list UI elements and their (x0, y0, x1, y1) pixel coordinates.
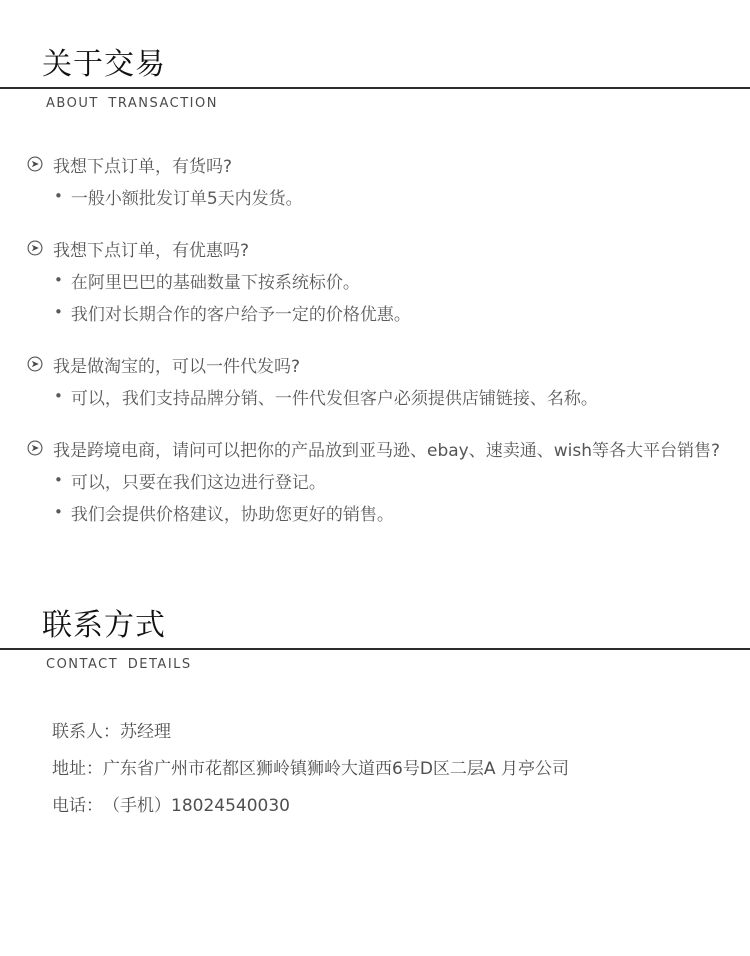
faq-answer: • 一般小额批发订单5天内发货。 (0, 180, 750, 212)
play-circle-icon (27, 356, 43, 372)
contact-value: 广东省广州市花都区狮岭镇狮岭大道西6号D区二层A 月亭公司 (103, 754, 569, 779)
contact-label: 电话： (52, 791, 103, 816)
contact-row-phone: 电话： （手机）18024540030 (0, 785, 750, 822)
faq-question: 我是跨境电商，请问可以把你的产品放到亚马逊、ebay、速卖通、wish等各大平台… (0, 432, 750, 464)
bullet-icon: • (54, 471, 63, 489)
section-title: 关于交易 (42, 47, 750, 83)
contact-value: 苏经理 (120, 717, 171, 742)
play-circle-icon (27, 440, 43, 456)
bullet-icon: • (54, 303, 63, 321)
faq-answer: • 可以，只要在我们这边进行登记。 (0, 464, 750, 496)
page: { "colors": { "background": "#ffffff", "… (0, 0, 750, 956)
contact-value: （手机）18024540030 (103, 791, 290, 816)
transaction-section-header: 关于交易 ABOUT TRANSACTION (0, 0, 750, 112)
contact-section-header: 联系方式 CONTACT DETAILS (0, 608, 750, 673)
bullet-icon: • (54, 187, 63, 205)
faq-item: 我是做淘宝的，可以一件代发吗? • 可以，我们支持品牌分销、一件代发但客户必须提… (0, 348, 750, 412)
contact-details-section: 联系方式 CONTACT DETAILS 联系人： 苏经理 地址： 广东省广州市… (0, 608, 750, 822)
faq-answer: • 可以，我们支持品牌分销、一件代发但客户必须提供店铺链接、名称。 (0, 380, 750, 412)
faq-question: 我想下点订单，有货吗? (0, 148, 750, 180)
faq-answer: • 我们会提供价格建议，协助您更好的销售。 (0, 496, 750, 528)
section-subtitle: ABOUT TRANSACTION (46, 96, 750, 112)
section-title: 联系方式 (42, 608, 750, 644)
bullet-icon: • (54, 271, 63, 289)
section-divider-line (0, 87, 750, 89)
faq-answer-text: 在阿里巴巴的基础数量下按系统标价。 (71, 268, 360, 293)
bullet-icon: • (54, 503, 63, 521)
faq-question: 我是做淘宝的，可以一件代发吗? (0, 348, 750, 380)
play-circle-icon (27, 240, 43, 256)
contact-label: 地址： (52, 754, 103, 779)
faq-question-text: 我是做淘宝的，可以一件代发吗? (53, 352, 300, 377)
faq-answer: • 我们对长期合作的客户给予一定的价格优惠。 (0, 296, 750, 328)
faq-answer-text: 可以，我们支持品牌分销、一件代发但客户必须提供店铺链接、名称。 (71, 384, 598, 409)
faq-answer-text: 可以，只要在我们这边进行登记。 (71, 468, 326, 493)
faq-item: 我想下点订单，有优惠吗? • 在阿里巴巴的基础数量下按系统标价。 • 我们对长期… (0, 232, 750, 328)
faq-question-text: 我想下点订单，有货吗? (53, 152, 232, 177)
about-transaction-section: 关于交易 ABOUT TRANSACTION 我想下点订单，有货吗? • 一般小… (0, 0, 750, 528)
bullet-icon: • (54, 387, 63, 405)
section-subtitle: CONTACT DETAILS (46, 657, 750, 673)
faq-item: 我是跨境电商，请问可以把你的产品放到亚马逊、ebay、速卖通、wish等各大平台… (0, 432, 750, 528)
faq-answer-text: 一般小额批发订单5天内发货。 (71, 184, 303, 209)
faq-item: 我想下点订单，有货吗? • 一般小额批发订单5天内发货。 (0, 148, 750, 212)
contact-row-address: 地址： 广东省广州市花都区狮岭镇狮岭大道西6号D区二层A 月亭公司 (0, 748, 750, 785)
contact-label: 联系人： (52, 717, 120, 742)
faq-list: 我想下点订单，有货吗? • 一般小额批发订单5天内发货。 我想下点订单，有优惠吗… (0, 148, 750, 528)
faq-answer-text: 我们会提供价格建议，协助您更好的销售。 (71, 500, 394, 525)
section-divider-line (0, 648, 750, 650)
faq-question: 我想下点订单，有优惠吗? (0, 232, 750, 264)
contact-row-person: 联系人： 苏经理 (0, 711, 750, 748)
faq-question-text: 我想下点订单，有优惠吗? (53, 236, 249, 261)
contact-list: 联系人： 苏经理 地址： 广东省广州市花都区狮岭镇狮岭大道西6号D区二层A 月亭… (0, 711, 750, 822)
faq-answer: • 在阿里巴巴的基础数量下按系统标价。 (0, 264, 750, 296)
faq-answer-text: 我们对长期合作的客户给予一定的价格优惠。 (71, 300, 411, 325)
play-circle-icon (27, 156, 43, 172)
faq-question-text: 我是跨境电商，请问可以把你的产品放到亚马逊、ebay、速卖通、wish等各大平台… (53, 436, 720, 461)
